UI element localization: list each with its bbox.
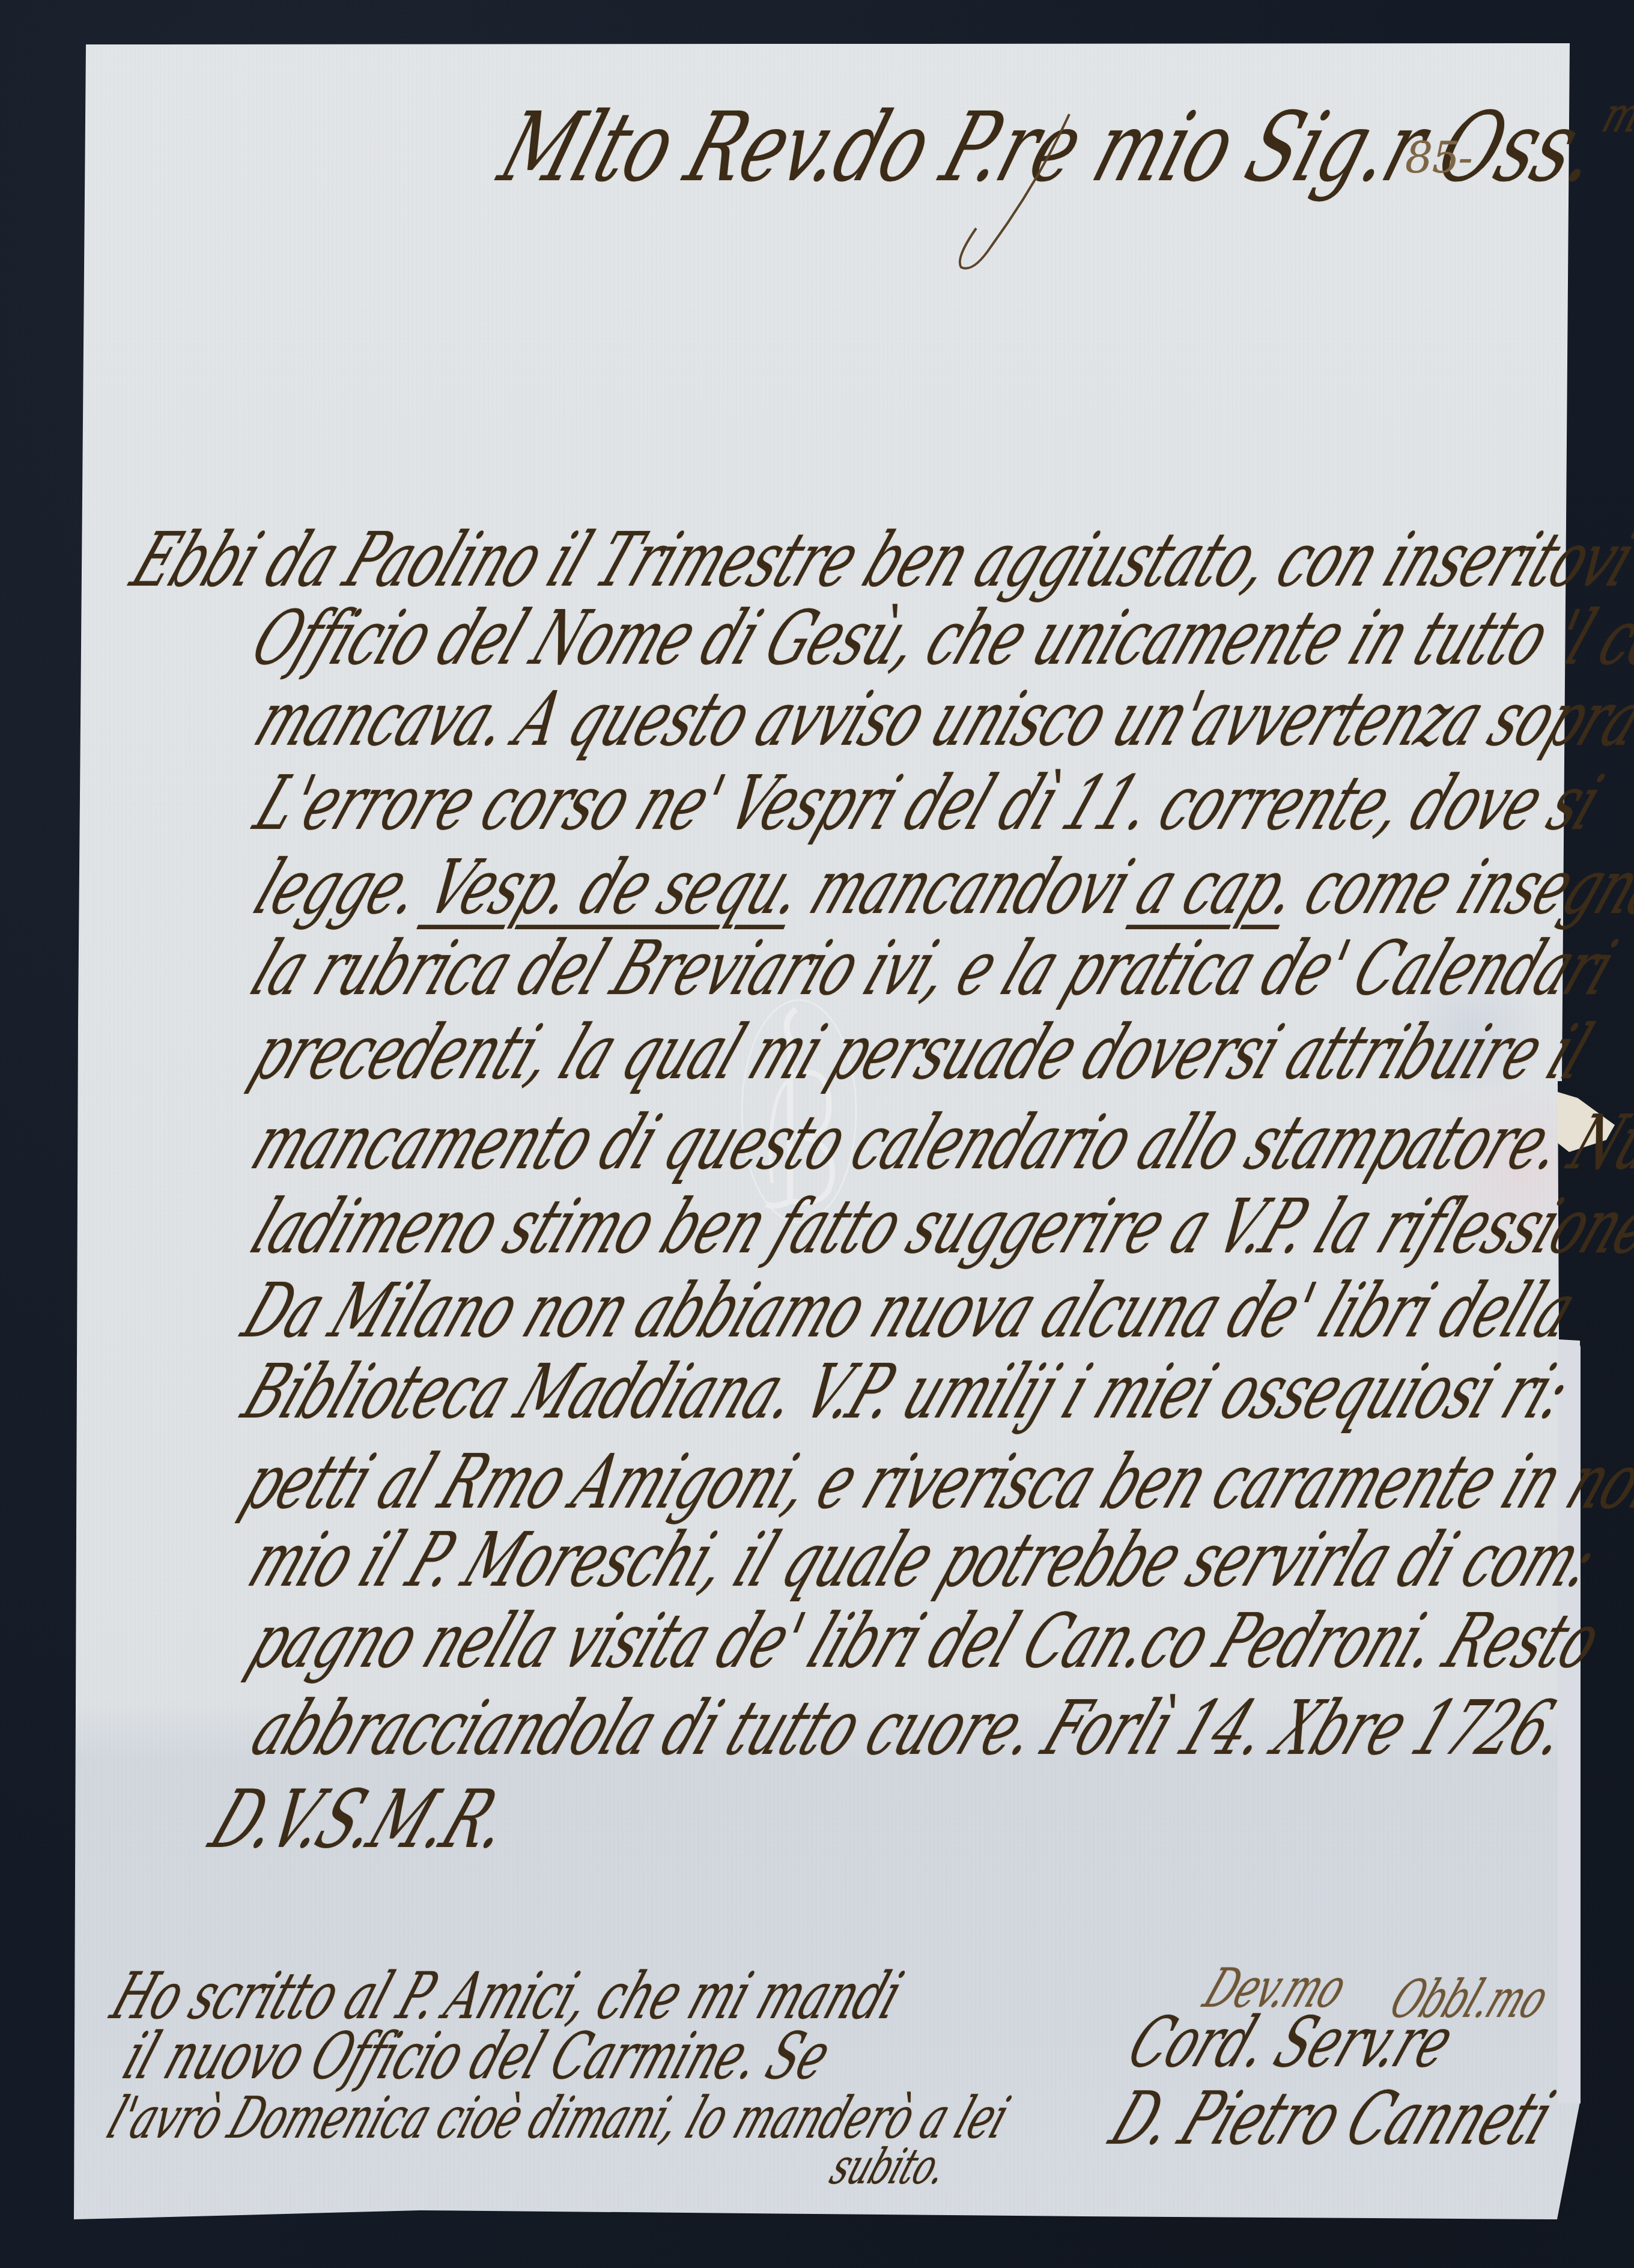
body-line-13: mio il P. Moreschi, il quale potrebbe se… (237, 1517, 1609, 1604)
folio-number: 85- (1400, 132, 1478, 183)
body-line-11: Biblioteca Maddiana. V.P. umilij i miei … (231, 1348, 1582, 1436)
body-line-1: Ebbi da Paolino il Trimestre ben aggiust… (120, 517, 1634, 604)
postscript-line-4: subito. (823, 2139, 955, 2195)
body-line-9: ladimeno stimo ben fatto suggerire a V.P… (240, 1183, 1634, 1270)
body-line-14: pagno nella visita de' libri del Can.co … (237, 1598, 1612, 1685)
underlined-vesp-de-sequ: Vesp. de sequ. (416, 844, 818, 931)
postscript-line-2: il nuovo Officio del Carmine. Se (114, 2019, 840, 2094)
signature-name: D. Pietro Canneti (1099, 2076, 1565, 2161)
body-line-6: la rubrica del Breviario ivi, e la prati… (240, 925, 1627, 1012)
body-line-5: legge. Vesp. de sequ. mancandovi a cap. … (243, 844, 1634, 931)
signature-servitore: Cord. Serv.re (1117, 2002, 1465, 2083)
body-line-10: Da Milano non abbiamo nuova alcuna de' l… (231, 1267, 1587, 1354)
body-line-3: mancava. A questo avviso unisco un'avver… (243, 676, 1634, 763)
closing-abbreviation: D.V.S.M.R. (198, 1773, 524, 1866)
body-line-8: mancamento di questo calendario allo sta… (240, 1099, 1634, 1186)
body-line-4: L'errore corso ne' Vespri del dì 11. cor… (243, 760, 1613, 847)
body-line-12: petti al Rmo Amigoni, e riverisca ben ca… (231, 1439, 1634, 1526)
body-line-7: precedenti, la qual mi persuade doversi … (240, 1009, 1603, 1096)
line5-part1: legge. (243, 844, 451, 931)
line5-part3: come insegna (1277, 844, 1634, 931)
line5-part2: mancandovi (783, 844, 1159, 931)
body-line-15: abbracciandola di tutto cuore. Forlì 14.… (240, 1685, 1581, 1772)
body-line-2: Officio del Nome di Gesù, che unicamente… (240, 595, 1634, 682)
